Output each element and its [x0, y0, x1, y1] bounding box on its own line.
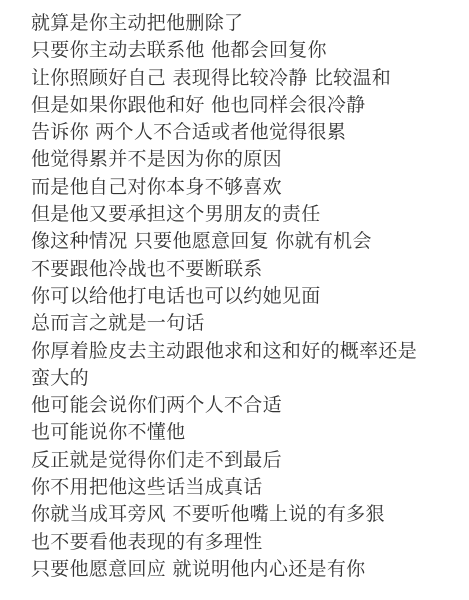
- text-line: 你就当成耳旁风 不要听他嘴上说的有多狠: [31, 501, 461, 528]
- text-line: 只要你主动去联系他 他都会回复你: [31, 37, 461, 64]
- text-line: 你厚着脸皮去主动跟他求和这和好的概率还是: [31, 338, 461, 365]
- text-line: 就算是你主动把他删除了: [31, 10, 461, 37]
- text-line: 也不要看他表现的有多理性: [31, 529, 461, 556]
- text-line: 但是如果你跟他和好 他也同样会很冷静: [31, 92, 461, 119]
- text-line: 他觉得累并不是因为你的原因: [31, 146, 461, 173]
- text-line: 不要跟他冷战也不要断联系: [31, 256, 461, 283]
- text-document: 就算是你主动把他删除了 只要你主动去联系他 他都会回复你 让你照顾好自己 表现得…: [31, 10, 461, 583]
- text-line: 他可能会说你们两个人不合适: [31, 392, 461, 419]
- text-line: 只要他愿意回应 就说明他内心还是有你: [31, 556, 461, 583]
- text-line: 让你照顾好自己 表现得比较冷静 比较温和: [31, 65, 461, 92]
- text-line: 但是他又要承担这个男朋友的责任: [31, 201, 461, 228]
- text-line: 蛮大的: [31, 365, 461, 392]
- text-line: 也可能说你不懂他: [31, 419, 461, 446]
- text-line: 告诉你 两个人不合适或者他觉得很累: [31, 119, 461, 146]
- text-line: 像这种情况 只要他愿意回复 你就有机会: [31, 228, 461, 255]
- text-line: 你可以给他打电话也可以约她见面: [31, 283, 461, 310]
- text-line: 总而言之就是一句话: [31, 310, 461, 337]
- text-line: 而是他自己对你本身不够喜欢: [31, 174, 461, 201]
- text-line: 你不用把他这些话当成真话: [31, 474, 461, 501]
- text-line: 反正就是觉得你们走不到最后: [31, 447, 461, 474]
